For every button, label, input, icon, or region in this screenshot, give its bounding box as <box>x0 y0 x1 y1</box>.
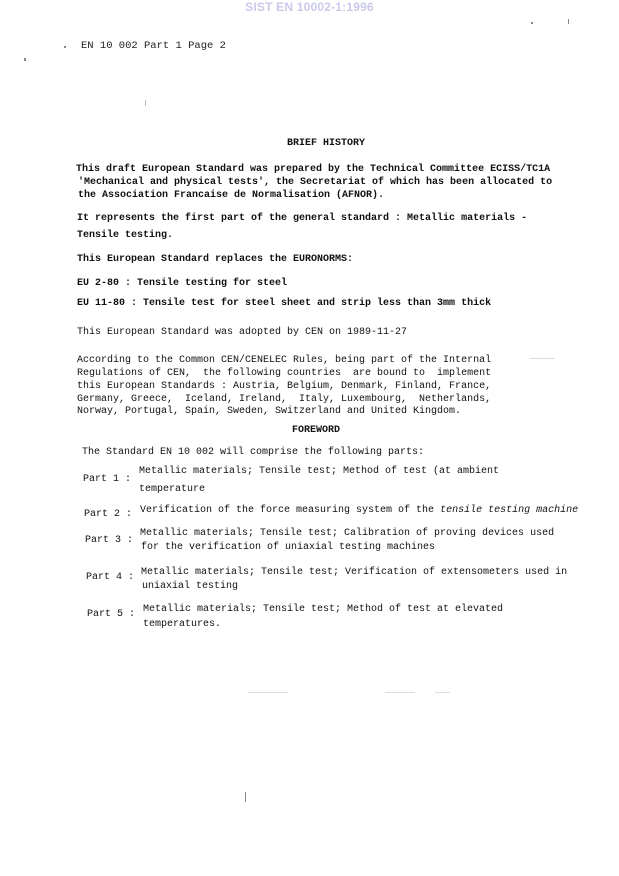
part-description: Verification of the force measuring syst… <box>140 504 578 517</box>
part-label: Part 5 : <box>87 608 135 621</box>
page-header: EN 10 002 Part 1 Page 2 <box>81 40 226 52</box>
adoption-statement: This European Standard was adopted by CE… <box>77 326 407 339</box>
scan-artifact <box>385 692 415 693</box>
text-line: It represents the first part of the gene… <box>77 212 527 225</box>
foreword-intro: The Standard EN 10 002 will comprise the… <box>82 446 424 459</box>
part-description: Metallic materials; Tensile test; Calibr… <box>140 527 554 540</box>
scan-speck <box>145 100 146 106</box>
scan-speck <box>64 46 66 48</box>
brief-history-title: BRIEF HISTORY <box>287 138 365 149</box>
part-description: temperature <box>139 483 205 496</box>
scan-speck <box>24 58 26 61</box>
scan-speck <box>531 22 533 24</box>
scan-artifact <box>248 692 288 693</box>
scan-speck <box>568 19 569 24</box>
part-label: Part 2 : <box>84 508 132 521</box>
scan-artifact <box>435 692 450 693</box>
text-line: Tensile testing. <box>77 229 173 242</box>
scan-speck <box>245 792 246 802</box>
text-line: Regulations of CEN, the following countr… <box>77 367 491 380</box>
document-watermark: SIST EN 10002-1:1996 <box>0 0 619 14</box>
part-description: Metallic materials; Tensile test; Method… <box>143 603 503 616</box>
text-span: Verification of the force measuring syst… <box>140 505 440 516</box>
part-label: Part 4 : <box>86 571 134 584</box>
euronorm-item: EU 2-80 : Tensile testing for steel <box>77 277 287 290</box>
foreword-title: FOREWORD <box>292 425 340 436</box>
scan-artifact <box>530 358 555 359</box>
text-line: 'Mechanical and physical tests', the Sec… <box>78 176 552 189</box>
part-description: Metallic materials; Tensile test; Method… <box>139 465 499 478</box>
part-description: temperatures. <box>143 618 221 631</box>
text-line: the Association Francaise de Normalisati… <box>78 189 384 202</box>
part-label: Part 1 : <box>83 473 131 486</box>
text-line: Norway, Portugal, Spain, Sweden, Switzer… <box>77 405 461 418</box>
part-description: Metallic materials; Tensile test; Verifi… <box>141 566 567 579</box>
italic-text-span: tensile testing machine <box>440 505 578 516</box>
text-line: According to the Common CEN/CENELEC Rule… <box>77 354 491 367</box>
part-label: Part 3 : <box>85 534 133 547</box>
euronorm-item: EU 11-80 : Tensile test for steel sheet … <box>77 297 491 310</box>
part-description: uniaxial testing <box>142 580 238 593</box>
part-description: for the verification of uniaxial testing… <box>141 541 435 554</box>
brief-history-para3: This European Standard replaces the EURO… <box>77 253 353 266</box>
text-line: this European Standards : Austria, Belgi… <box>77 380 491 393</box>
text-line: This draft European Standard was prepare… <box>76 163 550 176</box>
